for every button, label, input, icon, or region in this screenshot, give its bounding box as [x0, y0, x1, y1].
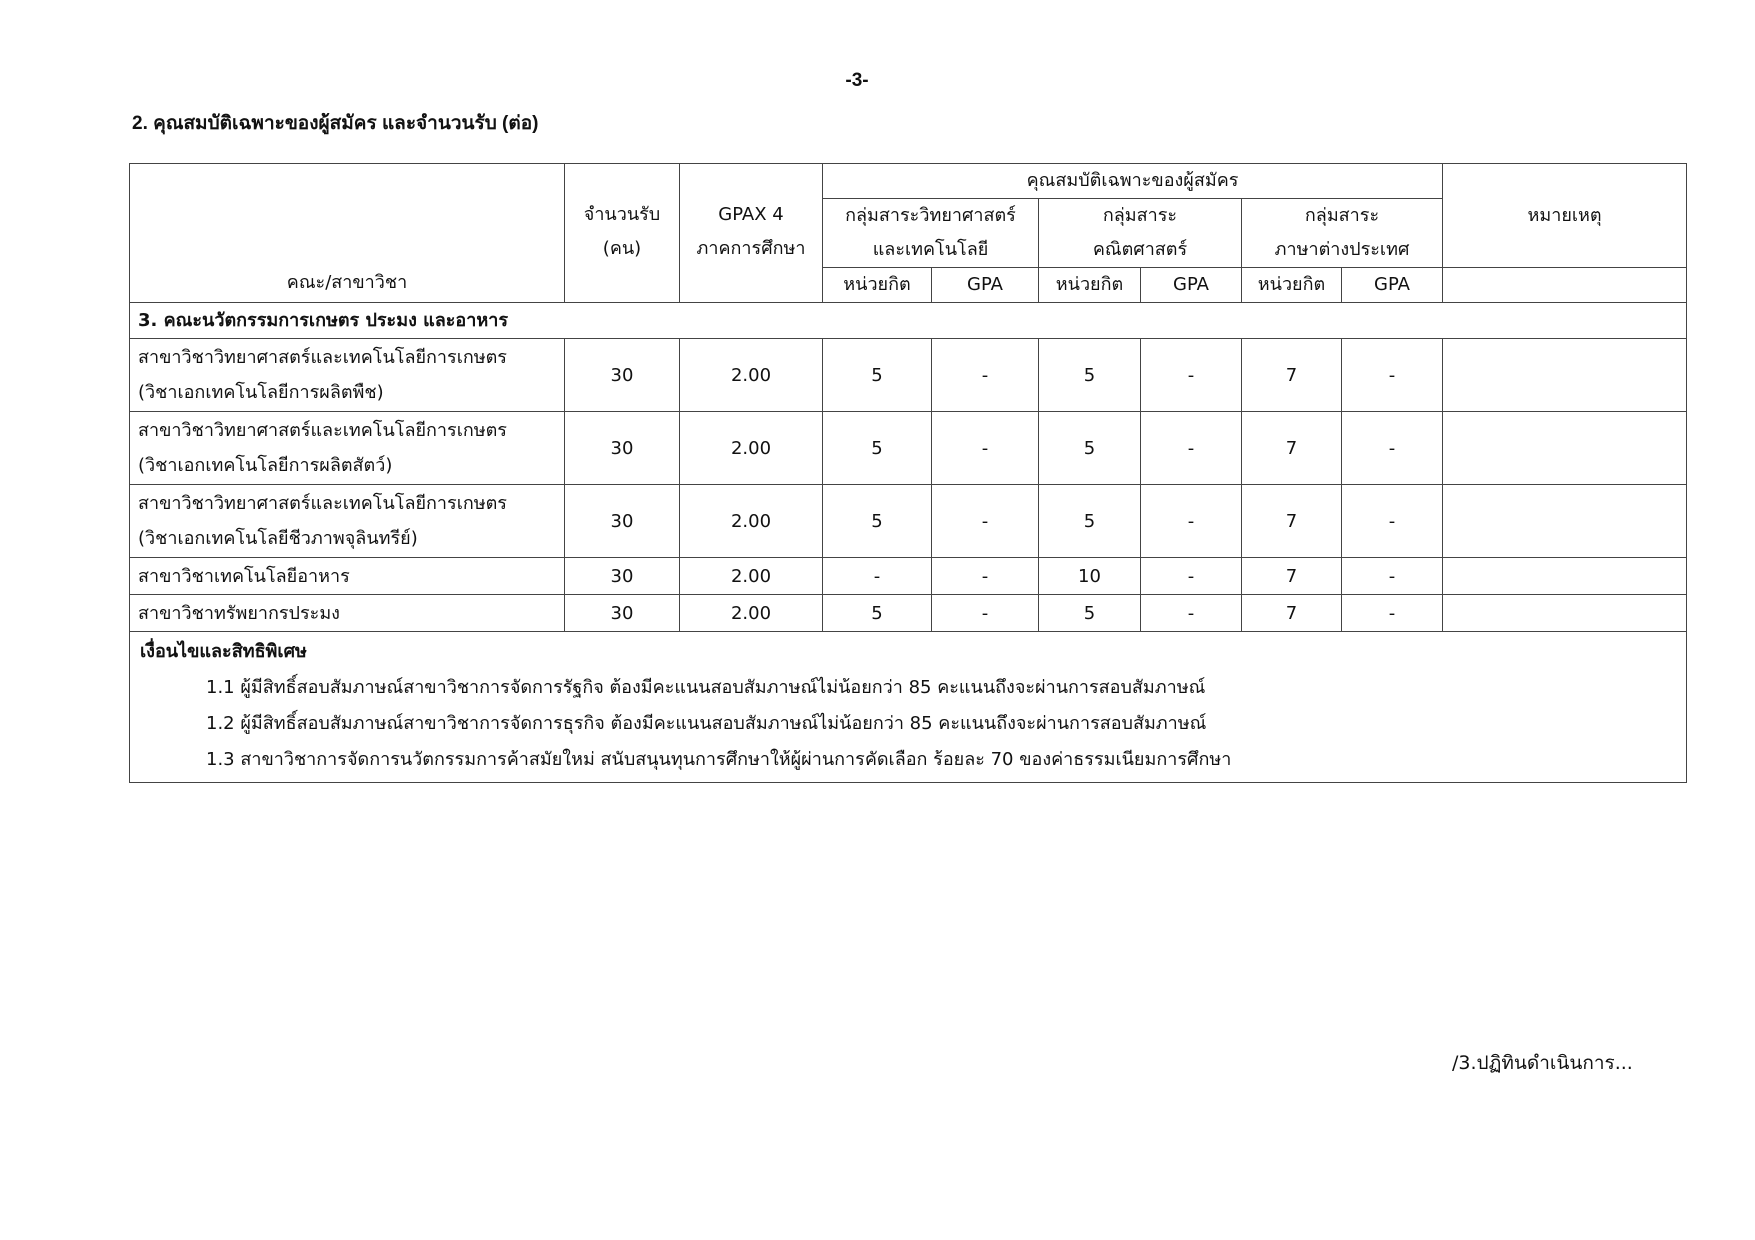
sci-credits-cell: 5 — [823, 595, 932, 632]
quota-cell: 30 — [565, 485, 680, 558]
remarks-cell — [1443, 339, 1687, 412]
gpax-cell: 2.00 — [680, 485, 823, 558]
lang-gpa-cell: - — [1342, 412, 1443, 485]
header-lang-gpa: GPA — [1342, 268, 1443, 303]
math-gpa-cell: - — [1141, 412, 1242, 485]
lang-credits-cell: 7 — [1242, 339, 1342, 412]
header-faculty-major: คณะ/สาขาวิชา — [130, 164, 565, 303]
sci-gpa-cell: - — [932, 412, 1039, 485]
conditions-row: เงื่อนไขและสิทธิพิเศษ 1.1 ผู้มีสิทธิ์สอบ… — [130, 632, 1687, 783]
math-gpa-cell: - — [1141, 595, 1242, 632]
math-gpa-cell: - — [1141, 558, 1242, 595]
conditions-title: เงื่อนไขและสิทธิพิเศษ — [140, 641, 307, 662]
sci-gpa-cell: - — [932, 595, 1039, 632]
sci-gpa-cell: - — [932, 339, 1039, 412]
gpax-cell: 2.00 — [680, 412, 823, 485]
gpax-cell: 2.00 — [680, 558, 823, 595]
gpax-cell: 2.00 — [680, 339, 823, 412]
lang-gpa-cell: - — [1342, 558, 1443, 595]
header-group-math: กลุ่มสาระ คณิตศาสตร์ — [1039, 199, 1242, 268]
faculty-title: 3. คณะนวัตกรรมการเกษตร ประมง และอาหาร — [130, 303, 1687, 339]
lang-credits-cell: 7 — [1242, 485, 1342, 558]
lang-credits-cell: 7 — [1242, 412, 1342, 485]
sci-credits-cell: 5 — [823, 485, 932, 558]
header-sci-gpa: GPA — [932, 268, 1039, 303]
header-sci-credits: หน่วยกิต — [823, 268, 932, 303]
math-credits-cell: 5 — [1039, 595, 1141, 632]
remarks-cell — [1443, 558, 1687, 595]
header-math-gpa: GPA — [1141, 268, 1242, 303]
remarks-cell — [1443, 485, 1687, 558]
gpax-cell: 2.00 — [680, 595, 823, 632]
header-remarks-blank — [1443, 268, 1687, 303]
lang-gpa-cell: - — [1342, 485, 1443, 558]
quota-cell: 30 — [565, 558, 680, 595]
header-remarks: หมายเหตุ — [1443, 164, 1687, 268]
section-heading: 2. คุณสมบัติเฉพาะของผู้สมัคร และจำนวนรับ… — [132, 108, 538, 138]
sci-credits-cell: - — [823, 558, 932, 595]
remarks-cell — [1443, 595, 1687, 632]
sci-credits-cell: 5 — [823, 339, 932, 412]
sci-gpa-cell: - — [932, 485, 1039, 558]
math-gpa-cell: - — [1141, 485, 1242, 558]
sci-gpa-cell: - — [932, 558, 1039, 595]
math-credits-cell: 5 — [1039, 412, 1141, 485]
table-row: สาขาวิชาทรัพยากรประมง 30 2.00 5 - 5 - 7 … — [130, 595, 1687, 632]
major-cell: สาขาวิชาวิทยาศาสตร์และเทคโนโลยีการเกษตร(… — [130, 412, 565, 485]
header-math-credits: หน่วยกิต — [1039, 268, 1141, 303]
math-gpa-cell: - — [1141, 339, 1242, 412]
major-cell: สาขาวิชาเทคโนโลยีอาหาร — [130, 558, 565, 595]
condition-item: 1.1 ผู้มีสิทธิ์สอบสัมภาษณ์สาขาวิชาการจัด… — [140, 670, 1676, 706]
header-group-science: กลุ่มสาระวิทยาศาสตร์ และเทคโนโลยี — [823, 199, 1039, 268]
header-quota: จำนวนรับ (คน) — [565, 164, 680, 303]
header-lang-credits: หน่วยกิต — [1242, 268, 1342, 303]
table-row: สาขาวิชาเทคโนโลยีอาหาร 30 2.00 - - 10 - … — [130, 558, 1687, 595]
quota-cell: 30 — [565, 339, 680, 412]
qualifications-table: คณะ/สาขาวิชา จำนวนรับ (คน) GPAX 4 ภาคการ… — [129, 163, 1687, 783]
lang-credits-cell: 7 — [1242, 558, 1342, 595]
header-gpax: GPAX 4 ภาคการศึกษา — [680, 164, 823, 303]
header-group-language: กลุ่มสาระ ภาษาต่างประเทศ — [1242, 199, 1443, 268]
lang-credits-cell: 7 — [1242, 595, 1342, 632]
quota-cell: 30 — [565, 595, 680, 632]
math-credits-cell: 5 — [1039, 339, 1141, 412]
quota-cell: 30 — [565, 412, 680, 485]
math-credits-cell: 10 — [1039, 558, 1141, 595]
header-qualifications: คุณสมบัติเฉพาะของผู้สมัคร — [823, 164, 1443, 199]
major-cell: สาขาวิชาวิทยาศาสตร์และเทคโนโลยีการเกษตร(… — [130, 339, 565, 412]
page-number: -3- — [0, 70, 1714, 92]
major-cell: สาขาวิชาทรัพยากรประมง — [130, 595, 565, 632]
sci-credits-cell: 5 — [823, 412, 932, 485]
table-row: สาขาวิชาวิทยาศาสตร์และเทคโนโลยีการเกษตร(… — [130, 339, 1687, 412]
remarks-cell — [1443, 412, 1687, 485]
conditions-cell: เงื่อนไขและสิทธิพิเศษ 1.1 ผู้มีสิทธิ์สอบ… — [130, 632, 1687, 783]
continuation-note: /3.ปฏิทินดำเนินการ... — [1452, 1048, 1633, 1078]
math-credits-cell: 5 — [1039, 485, 1141, 558]
lang-gpa-cell: - — [1342, 339, 1443, 412]
lang-gpa-cell: - — [1342, 595, 1443, 632]
table-row: สาขาวิชาวิทยาศาสตร์และเทคโนโลยีการเกษตร(… — [130, 485, 1687, 558]
table-row: สาขาวิชาวิทยาศาสตร์และเทคโนโลยีการเกษตร(… — [130, 412, 1687, 485]
condition-item: 1.3 สาขาวิชาการจัดการนวัตกรรมการค้าสมัยใ… — [140, 742, 1676, 778]
condition-item: 1.2 ผู้มีสิทธิ์สอบสัมภาษณ์สาขาวิชาการจัด… — [140, 706, 1676, 742]
major-cell: สาขาวิชาวิทยาศาสตร์และเทคโนโลยีการเกษตร(… — [130, 485, 565, 558]
